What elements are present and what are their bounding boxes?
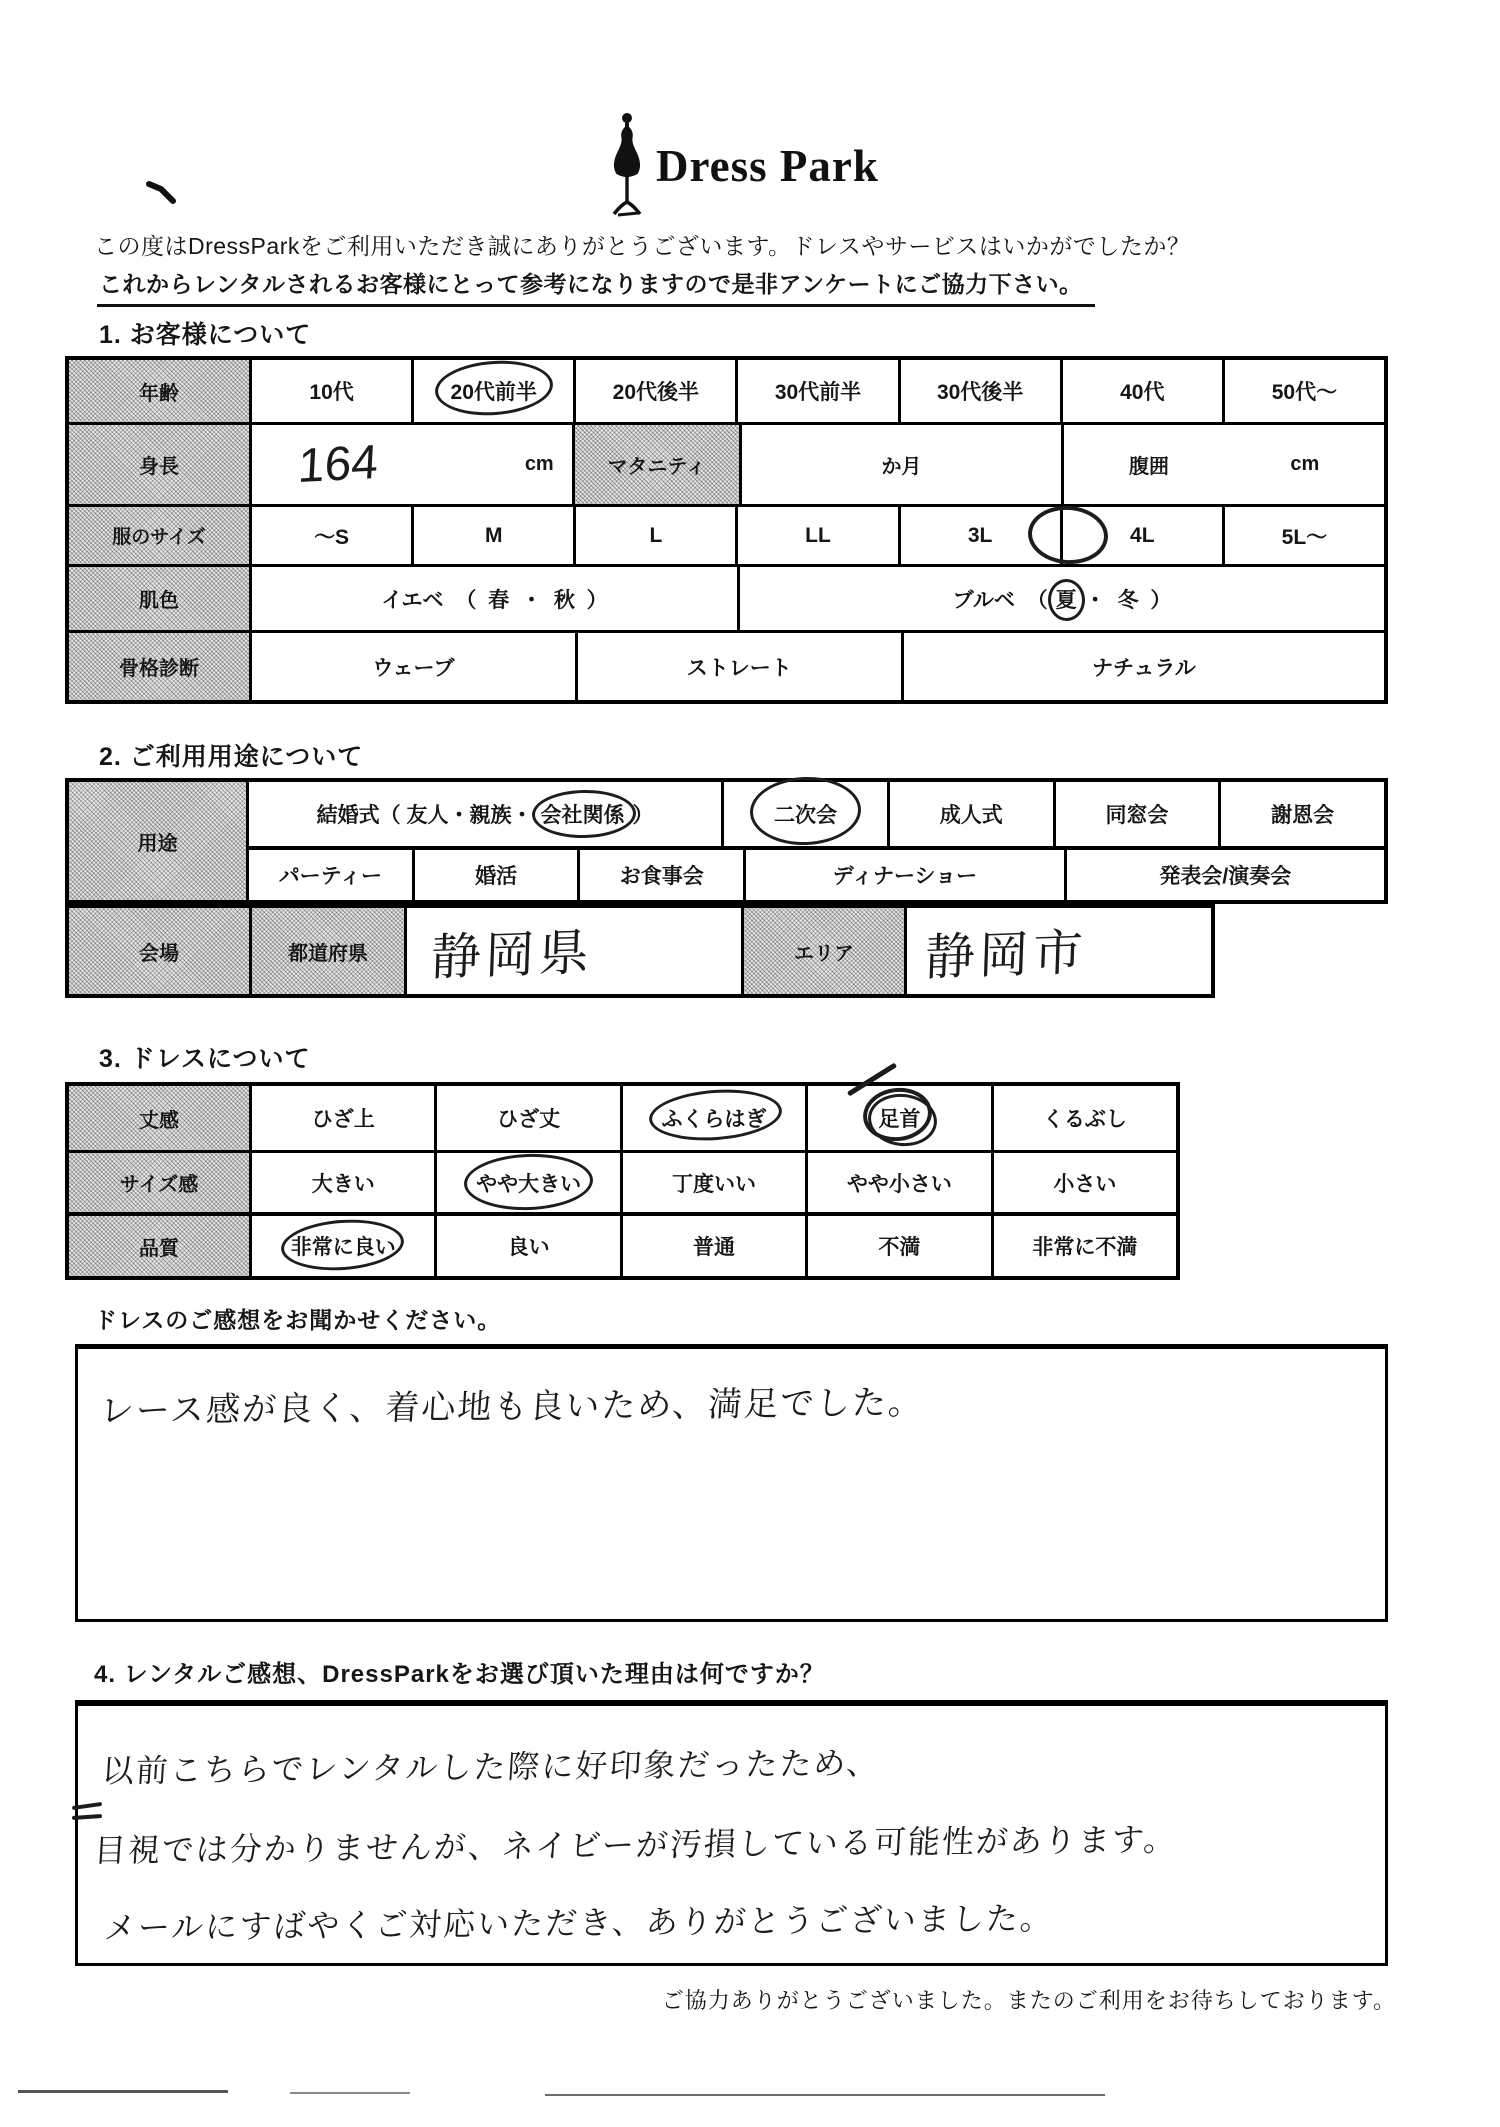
- venue-table: 会場 都道府県 静岡県 エリア 静岡市: [65, 904, 1215, 998]
- quality-option: 非常に不満: [991, 1216, 1176, 1276]
- quality-row: 品質 非常に良い 良い 普通 不満 非常に不満: [69, 1212, 1176, 1276]
- size-option: M: [411, 507, 573, 564]
- intro-text: この度はDressParkをご利用いただき誠にありがとうございます。ドレスやサー…: [94, 228, 1190, 261]
- size-label-cell: 服のサイズ: [69, 507, 249, 564]
- fit-option-selected: やや大きい: [434, 1153, 619, 1212]
- size-option: L: [573, 507, 735, 564]
- section2-heading: 2. ご利用用途について: [99, 737, 363, 773]
- waist-cell: 腹囲 cm: [1061, 425, 1384, 504]
- usage-label-cell: 用途: [69, 782, 249, 900]
- waist-label: 腹囲: [1129, 450, 1169, 479]
- feedback-box: レース感が良く、着心地も良いため、満足でした。: [75, 1344, 1388, 1622]
- frame-option: ウェーブ: [249, 633, 575, 700]
- fit-option: 大きい: [249, 1153, 434, 1212]
- section1-heading: 1. お客様について: [99, 315, 311, 351]
- size-option: ～S: [249, 507, 411, 564]
- pen-scratch-mark: [847, 1063, 897, 1097]
- brand-name: Dress Park: [656, 140, 879, 218]
- handwritten-height: 164: [297, 435, 380, 494]
- quality-label-cell: 品質: [69, 1216, 249, 1276]
- maternity-label-cell: マタニティ: [572, 425, 739, 504]
- quality-option: 不満: [805, 1216, 990, 1276]
- usage-block: 用途 結婚式（ 友人・親族・ 会社関係 ） 二次会: [69, 782, 1384, 900]
- circled-choice: やや大きい: [476, 1168, 581, 1198]
- scan-artifact-line: [18, 2090, 228, 2093]
- circled-choice: 夏: [1056, 584, 1077, 614]
- frame-option: ストレート: [575, 633, 901, 700]
- reason-box: 以前こちらでレンタルした際に好印象だったため、 目視では分かりませんが、ネイビー…: [75, 1700, 1388, 1966]
- handwritten-prefecture: 静岡県: [430, 912, 594, 990]
- usage-row-1: 結婚式（ 友人・親族・ 会社関係 ） 二次会 成人式: [249, 782, 1384, 846]
- age-row: 年齢 10代 20代前半 20代後半 30代前半 30代後半 40代 50代～: [69, 360, 1384, 422]
- skin-row: 肌色 イエベ （ 春 ・ 秋 ） ブルベ （ 夏 ・ 冬 ）: [69, 564, 1384, 630]
- usage-option: 同窓会: [1053, 782, 1219, 846]
- height-unit: cm: [525, 453, 554, 476]
- height-row: 身長 164 cm マタニティ か月 腹囲 cm: [69, 422, 1384, 504]
- length-option-selected: ふくらはぎ: [620, 1086, 805, 1150]
- pen-stray-mark: [146, 180, 180, 206]
- usage-option-wedding: 結婚式（ 友人・親族・ 会社関係 ）: [249, 782, 721, 846]
- handwritten-feedback: レース感が良く、着心地も良いため、満足でした。: [99, 1375, 926, 1433]
- age-option: 20代後半: [573, 360, 735, 422]
- handwritten-reason-line1: 以前こちらでレンタルした際に好印象だったため、: [101, 1738, 882, 1792]
- circled-choice: 二次会: [774, 799, 837, 829]
- length-option: ひざ丈: [434, 1086, 619, 1150]
- closing-message: ご協力ありがとうございました。またのご利用をお待ちしております。: [60, 1984, 1396, 2015]
- frame-label-cell: 骨格診断: [69, 633, 249, 700]
- usage-option: パーティー: [249, 850, 412, 900]
- venue-label-cell: 会場: [69, 908, 249, 994]
- handwritten-reason-line3: メールにすばやくご対応いただき、ありがとうございました。: [103, 1893, 1056, 1949]
- skin-cool-cell: ブルベ （ 夏 ・ 冬 ）: [737, 567, 1384, 630]
- fit-label-cell: サイズ感: [69, 1153, 249, 1212]
- age-option: 30代前半: [735, 360, 897, 422]
- quality-option: 良い: [434, 1216, 619, 1276]
- dress-table: 丈感 ひざ上 ひざ丈 ふくらはぎ 足首 くるぶし サイズ感: [65, 1082, 1180, 1280]
- frame-row: 骨格診断 ウェーブ ストレート ナチュラル: [69, 630, 1384, 700]
- usage-option-selected: 二次会: [721, 782, 887, 846]
- area-label-cell: エリア: [741, 908, 904, 994]
- section3-heading: 3. ドレスについて: [99, 1039, 311, 1075]
- fit-option: やや小さい: [805, 1153, 990, 1212]
- prefecture-label-cell: 都道府県: [249, 908, 404, 994]
- usage-table: 用途 結婚式（ 友人・親族・ 会社関係 ） 二次会: [65, 778, 1388, 904]
- height-label-cell: 身長: [69, 425, 249, 504]
- scan-artifact-line: [290, 2092, 410, 2094]
- size-option: LL: [735, 507, 897, 564]
- quality-option: 普通: [620, 1216, 805, 1276]
- area-value-cell: 静岡市: [904, 908, 1211, 994]
- skin-warm-cell: イエベ （ 春 ・ 秋 ）: [249, 567, 737, 630]
- age-label-cell: 年齢: [69, 360, 249, 422]
- venue-row: 会場 都道府県 静岡県 エリア 静岡市: [69, 908, 1211, 994]
- section4-heading: 4. レンタルご感想、DressParkをお選び頂いた理由は何ですか？: [94, 1654, 825, 1689]
- fit-row: サイズ感 大きい やや大きい 丁度いい やや小さい 小さい: [69, 1150, 1176, 1212]
- usage-option: お食事会: [577, 850, 743, 900]
- usage-option: 発表会/演奏会: [1064, 850, 1384, 900]
- age-option: 50代～: [1222, 360, 1384, 422]
- circled-choice: 非常に良い: [291, 1231, 396, 1261]
- length-row: 丈感 ひざ上 ひざ丈 ふくらはぎ 足首 くるぶし: [69, 1086, 1176, 1150]
- frame-option: ナチュラル: [901, 633, 1384, 700]
- circled-choice: 会社関係: [540, 799, 624, 829]
- length-label-cell: 丈感: [69, 1086, 249, 1150]
- fit-option: 小さい: [991, 1153, 1176, 1212]
- maternity-months-cell: か月: [739, 425, 1062, 504]
- skin-label-cell: 肌色: [69, 567, 249, 630]
- circled-choice: ふくらはぎ: [662, 1103, 767, 1133]
- usage-option: 謝恩会: [1218, 782, 1384, 846]
- waist-unit: cm: [1290, 453, 1319, 476]
- scribbled-choice: 足首: [878, 1103, 920, 1133]
- fit-option: 丁度いい: [620, 1153, 805, 1212]
- usage-option: 成人式: [887, 782, 1053, 846]
- usage-row-2: パーティー 婚活 お食事会 ディナーショー 発表会/演奏会: [249, 846, 1384, 900]
- intro-emphasis-underlined: これからレンタルされるお客様にとって参考になりますので是非アンケートにご協力下さ…: [97, 266, 1095, 307]
- size-row: 服のサイズ ～S M L LL 3L 4L 5L～: [69, 504, 1384, 564]
- height-value-cell: 164 cm: [249, 425, 572, 504]
- usage-option: 婚活: [412, 850, 578, 900]
- feedback-prompt: ドレスのご感想をお聞かせください。: [94, 1302, 501, 1335]
- handwritten-reason-line2: 目視では分かりませんが、ネイビーが汚損している可能性があります。: [93, 1814, 1179, 1871]
- age-option: 30代後半: [898, 360, 1060, 422]
- length-option-selected: 足首: [805, 1086, 990, 1150]
- scanned-survey-page: Dress Park この度はDressParkをご利用いただき誠にありがとうご…: [0, 0, 1500, 2127]
- pen-equals-mark: [72, 1804, 102, 1826]
- size-option: 4L: [1060, 507, 1222, 564]
- length-option: くるぶし: [991, 1086, 1176, 1150]
- age-option-selected: 20代前半: [411, 360, 573, 422]
- customer-table: 年齢 10代 20代前半 20代後半 30代前半 30代後半 40代 50代～ …: [65, 356, 1388, 704]
- usage-option: ディナーショー: [743, 850, 1063, 900]
- logo: Dress Park: [608, 112, 879, 218]
- circled-choice: 20代前半: [451, 376, 537, 406]
- length-option: ひざ上: [249, 1086, 434, 1150]
- handwritten-area: 静岡市: [924, 912, 1088, 990]
- age-option: 10代: [249, 360, 411, 422]
- dress-form-icon: [608, 112, 646, 218]
- prefecture-value-cell: 静岡県: [404, 908, 741, 994]
- quality-option-selected: 非常に良い: [249, 1216, 434, 1276]
- size-option: 5L～: [1222, 507, 1384, 564]
- scan-artifact-line: [545, 2094, 1105, 2096]
- age-option: 40代: [1060, 360, 1222, 422]
- size-option-3l: 3L: [898, 507, 1060, 564]
